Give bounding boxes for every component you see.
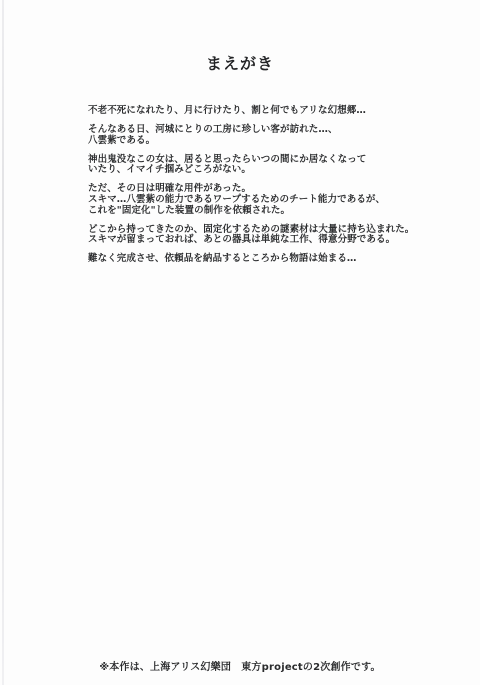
copyright-disclaimer: ※本作は、上海アリス幻樂団 東方projectの2次創作です。 [0, 658, 480, 673]
preface-paragraph: 難なく完成させ、依頼品を納品するところから物語は始まる… [88, 254, 428, 265]
preface-paragraph: どこから持ってきたのか、固定化するための謎素材は大量に持ち込まれた。 スキマが留… [88, 225, 428, 246]
preface-paragraph: ただ、その日は明確な用件があった。 スキマ…八雲紫の能力であるワープするためのチ… [88, 184, 428, 216]
page-title: まえがき [0, 51, 480, 74]
preface-paragraph: 神出鬼没なこの女は、居ると思ったらいつの間にか居なくなって いたり、イマイチ掴み… [88, 155, 428, 176]
preface-body: 不老不死になれたり、月に行けたり、割と何でもアリな幻想郷… そんなある日、河城に… [88, 106, 428, 274]
preface-paragraph: そんなある日、河城にとりの工房に珍しい客が訪れた…、 八雲紫である。 [88, 125, 428, 146]
scan-edge-artifact [2, 0, 4, 685]
preface-paragraph: 不老不死になれたり、月に行けたり、割と何でもアリな幻想郷… [88, 106, 428, 117]
scanned-preface-page: まえがき 不老不死になれたり、月に行けたり、割と何でもアリな幻想郷… そんなある… [0, 0, 480, 685]
